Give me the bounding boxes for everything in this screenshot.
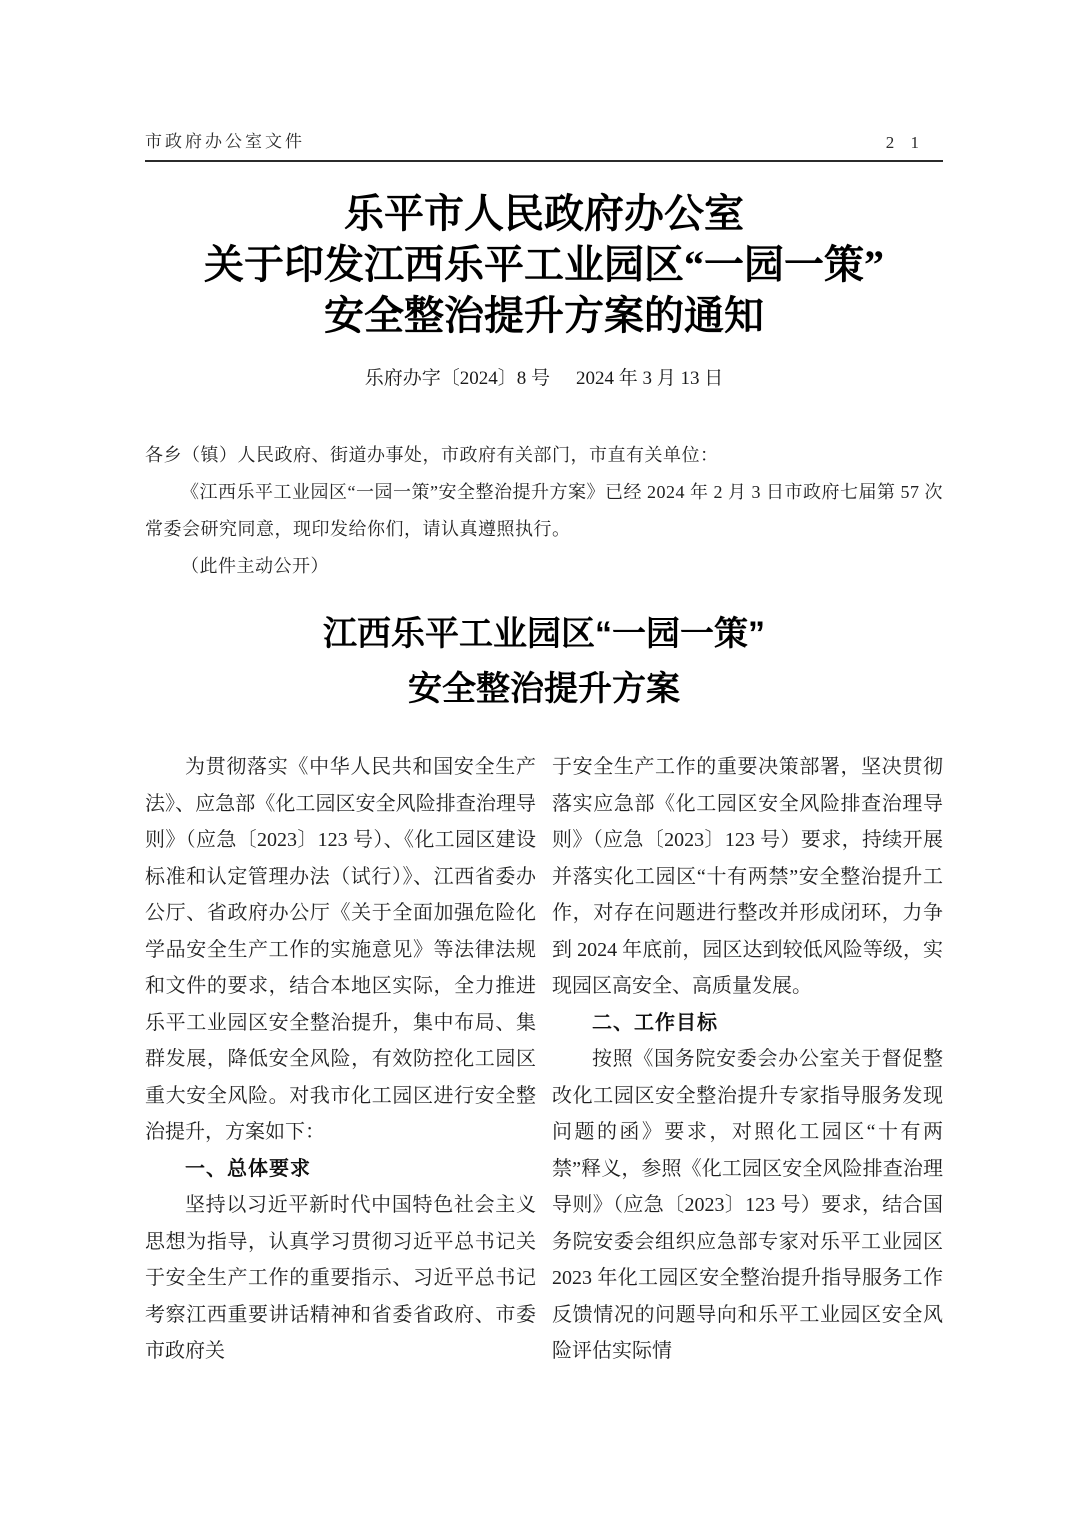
doc-date: 2024 年 3 月 13 日 — [576, 368, 723, 389]
intro-salutation: 各乡（镇）人民政府、街道办事处，市政府有关部门，市直有关单位： — [145, 437, 943, 474]
document-header-band: 市政府办公室文件 2 1 — [145, 131, 943, 162]
plan-left-paragraph-0: 为贯彻落实《中华人民共和国安全生产法》、应急部《化工园区安全风险排查治理导则》（… — [145, 749, 536, 1151]
doc-number: 乐府办字〔2024〕8 号 — [365, 368, 550, 389]
plan-title-line-1: 江西乐平工业园区“一园一策” — [145, 607, 943, 662]
page-number: 2 1 — [886, 133, 925, 153]
plan-title: 江西乐平工业园区“一园一策” 安全整治提升方案 — [145, 607, 943, 717]
plan-body: 为贯彻落实《中华人民共和国安全生产法》、应急部《化工园区安全风险排查治理导则》（… — [145, 749, 943, 1370]
notice-title: 乐平市人民政府办公室 关于印发江西乐平工业园区“一园一策” 安全整治提升方案的通… — [145, 188, 943, 341]
notice-title-line-3: 安全整治提升方案的通知 — [145, 290, 943, 341]
notice-title-line-2: 关于印发江西乐平工业园区“一园一策” — [145, 239, 943, 290]
notice-title-line-1: 乐平市人民政府办公室 — [145, 188, 943, 239]
header-office-label: 市政府办公室文件 — [145, 131, 305, 153]
plan-body-left-column: 为贯彻落实《中华人民共和国安全生产法》、应急部《化工园区安全风险排查治理导则》（… — [145, 749, 536, 1370]
plan-right-paragraph-0: 于安全生产工作的重要决策部署，坚决贯彻落实应急部《化工园区安全风险排查治理导则》… — [552, 749, 943, 1005]
notice-intro: 各乡（镇）人民政府、街道办事处，市政府有关部门，市直有关单位： 《江西乐平工业园… — [145, 437, 943, 585]
plan-title-line-2: 安全整治提升方案 — [145, 662, 943, 717]
plan-left-paragraph-2: 坚持以习近平新时代中国特色社会主义思想为指导，认真学习贯彻习近平总书记关于安全生… — [145, 1187, 536, 1370]
plan-left-heading-1: 一、总体要求 — [145, 1151, 536, 1188]
intro-public-note: （此件主动公开） — [145, 548, 943, 585]
document-page: 市政府办公室文件 2 1 乐平市人民政府办公室 关于印发江西乐平工业园区“一园一… — [0, 0, 1074, 1520]
intro-body: 《江西乐平工业园区“一园一策”安全整治提升方案》已经 2024 年 2 月 3 … — [145, 474, 943, 548]
plan-right-heading-1: 二、工作目标 — [552, 1005, 943, 1042]
plan-body-right-column: 于安全生产工作的重要决策部署，坚决贯彻落实应急部《化工园区安全风险排查治理导则》… — [552, 749, 943, 1370]
plan-right-paragraph-2: 按照《国务院安委会办公室关于督促整改化工园区安全整治提升专家指导服务发现问题的函… — [552, 1041, 943, 1370]
doc-number-line: 乐府办字〔2024〕8 号2024 年 3 月 13 日 — [145, 367, 943, 391]
